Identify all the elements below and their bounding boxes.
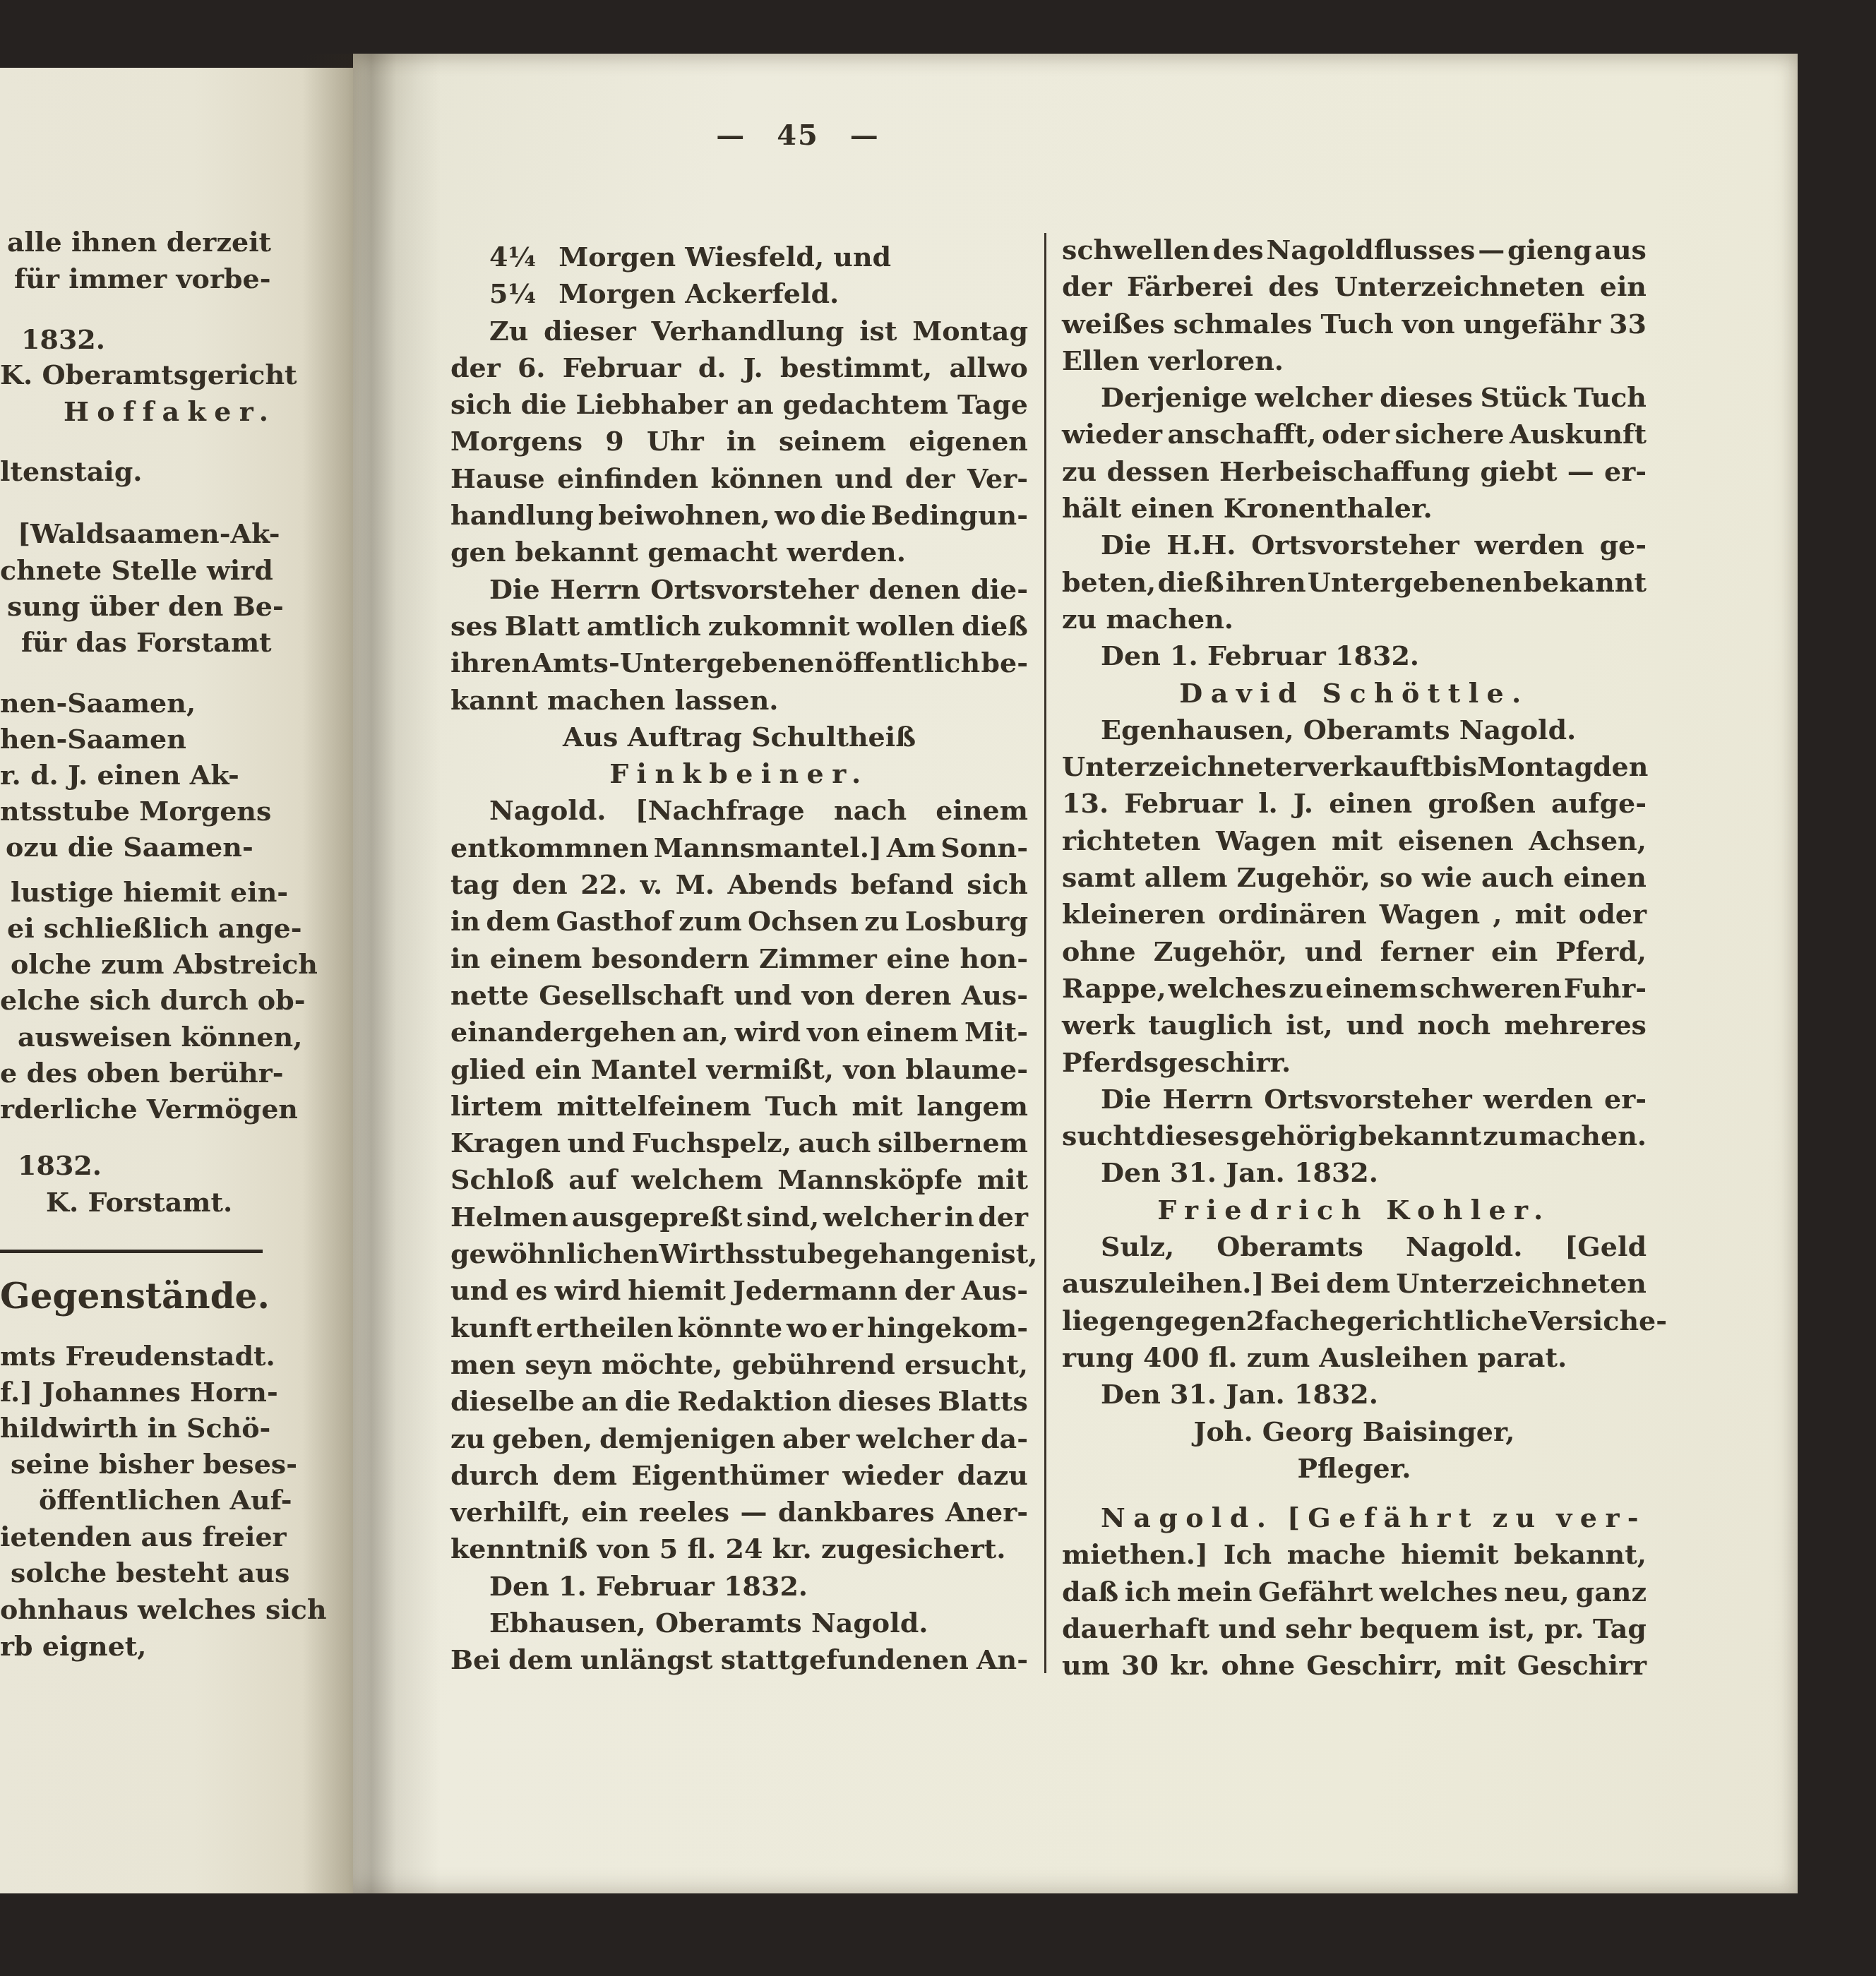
text-line: kleinerenordinärenWagen,mitoder xyxy=(1062,896,1647,933)
text-line: auszuleihen.]BeidemUnterzeichneten xyxy=(1062,1265,1647,1302)
text-line: indemGasthofzumOchsenzuLosburg xyxy=(450,903,1028,940)
text-line: zudessenHerbeischaffunggiebt—er- xyxy=(1062,453,1647,490)
text-line: richtetenWagenmiteisenenAchsen, xyxy=(1062,822,1647,859)
text-line: mts Freudenstadt. xyxy=(0,1340,275,1372)
text-line: Gegenstände. xyxy=(0,1275,270,1317)
text-line: rb eignet, xyxy=(0,1630,147,1662)
text-line: 1832. xyxy=(0,323,105,355)
text-line: gliedeinMantelvermißt,vonblaume- xyxy=(450,1051,1028,1088)
text-line: hält einen Kronenthaler. xyxy=(1062,490,1647,527)
text-line: chnete Stelle wird xyxy=(0,554,273,586)
main-page: — 45 — 4¼ Morgen Wiesfeld, und5¼ Morgen … xyxy=(353,54,1798,1893)
text-line: sung über den Be- xyxy=(0,590,284,622)
text-line: ntsstube Morgens xyxy=(0,795,271,827)
text-line: r. d. J. einen Ak- xyxy=(0,759,239,791)
text-line: dauerhaftundsehrbequemist,pr.Tag xyxy=(1062,1610,1647,1647)
text-line: Egenhausen, Oberamts Nagold. xyxy=(1062,712,1647,748)
text-line: HauseeinfindenkönnenundderVer- xyxy=(450,460,1028,497)
text-line: solche besteht aus xyxy=(0,1557,289,1588)
text-line: Finkbeiner. xyxy=(450,755,1028,792)
text-line: schwellendesNagoldflusses—giengaus xyxy=(1062,232,1647,268)
text-line: ausweisen können, xyxy=(0,1021,302,1053)
left-page-partial: alle ihnen derzeitfür immer vorbe-1832.K… xyxy=(0,68,353,1893)
text-line: alle ihnen derzeit xyxy=(0,226,271,258)
text-line: sichdieLiebhaberangedachtemTage xyxy=(450,386,1028,423)
text-line: Sulz,OberamtsNagold.[Geld xyxy=(1062,1228,1647,1265)
text-line: [Waldsaamen-Ak- xyxy=(0,517,280,549)
text-line: K. Oberamtsgericht xyxy=(0,359,297,390)
text-line: öffentlichen Auf- xyxy=(0,1484,292,1516)
text-line: ohnhaus welches sich xyxy=(0,1593,327,1625)
text-line: lirtemmittelfeinemTuchmitlangem xyxy=(450,1088,1028,1125)
text-line: DieHerrnOrtsvorsteherdenendie- xyxy=(450,571,1028,608)
text-line: ineinembesondernZimmereinehon- xyxy=(450,940,1028,977)
text-line: netteGesellschaftundvonderenAus- xyxy=(450,977,1028,1014)
text-line: für immer vorbe- xyxy=(0,263,270,294)
text-line: ozu die Saamen- xyxy=(0,831,253,863)
text-line: Hoffaker. xyxy=(0,395,276,427)
column-divider-rule xyxy=(1044,233,1046,1673)
text-line: kenntniß von 5 fl. 24 kr. zugesichert. xyxy=(450,1531,1028,1567)
text-line: Pfleger. xyxy=(1062,1450,1647,1487)
text-line: weißesschmalesTuchvonungefähr33 xyxy=(1062,306,1647,342)
text-line: hen-Saamen xyxy=(0,723,186,755)
text-line: sesBlattamtlichzukomnitwollendieß xyxy=(450,608,1028,645)
text-line: DerjenigewelcherdiesesStückTuch xyxy=(1062,379,1647,416)
text-line: zugeben,demjenigenaberwelcherda- xyxy=(450,1420,1028,1457)
text-line: K. Forstamt. xyxy=(0,1186,232,1218)
text-line: Ebhausen, Oberamts Nagold. xyxy=(450,1605,1028,1641)
text-line: 5¼ Morgen Ackerfeld. xyxy=(450,275,1028,312)
text-line: Joh. Georg Baisinger, xyxy=(1062,1413,1647,1450)
text-line: David Schöttle. xyxy=(1062,675,1647,712)
text-line: durchdemEigenthümerwiederdazu xyxy=(450,1457,1028,1494)
text-line: DieH.H.Ortsvorsteherwerdenge- xyxy=(1062,527,1647,563)
text-line: e des oben berühr- xyxy=(0,1057,284,1089)
text-line: seine bisher beses- xyxy=(0,1448,297,1480)
column-right-text: schwellendesNagoldflusses—giengausderFär… xyxy=(1062,232,1647,1684)
text-line: wiederanschafft,odersichereAuskunft xyxy=(1062,416,1647,453)
text-line: menseynmöchte,gebührendersucht, xyxy=(450,1346,1028,1383)
text-line: Pferdsgeschirr. xyxy=(1062,1044,1647,1081)
text-line: beten,dießihrenUntergebenenbekannt xyxy=(1062,564,1647,601)
text-line: kannt machen lassen. xyxy=(450,682,1028,719)
text-line: tagden22.v.M.Abendsbefandsich xyxy=(450,866,1028,903)
text-line: derFärbereidesUnterzeichnetenein xyxy=(1062,268,1647,305)
text-line: handlungbeiwohnen,wodieBedingun- xyxy=(450,497,1028,534)
text-line: 13.Februarl.J.einengroßenaufge- xyxy=(1062,785,1647,822)
text-line: werktauglichist,undnochmehreres xyxy=(1062,1007,1647,1043)
text-line: elche sich durch ob- xyxy=(0,984,306,1016)
text-line: 4¼ Morgen Wiesfeld, und xyxy=(450,239,1028,275)
text-line: Friedrich Kohler. xyxy=(1062,1192,1647,1228)
text-line: einandergehenan,wirdvoneinemMit- xyxy=(450,1014,1028,1050)
text-line: zu machen. xyxy=(1062,601,1647,637)
text-line: rderliche Vermögen xyxy=(0,1093,298,1125)
text-line: nen-Saamen, xyxy=(0,687,196,719)
text-line: samtallemZugehör,sowieaucheinen xyxy=(1062,859,1647,896)
text-line: rung 400 fl. zum Ausleihen parat. xyxy=(1062,1339,1647,1376)
text-line: 1832. xyxy=(0,1149,102,1181)
text-line: kunftertheilenkönntewoerhingekom- xyxy=(450,1310,1028,1346)
text-line: Nagold.[Nachfragenacheinem xyxy=(450,792,1028,829)
text-line: um30kr.ohneGeschirr,mitGeschirr xyxy=(1062,1647,1647,1684)
text-line: miethen.]Ichmachehiemitbekannt, xyxy=(1062,1536,1647,1573)
text-line: ZudieserVerhandlungistMontag xyxy=(450,313,1028,349)
column-left-text: 4¼ Morgen Wiesfeld, und5¼ Morgen Ackerfe… xyxy=(450,239,1028,1679)
text-line: liegengegen2fachegerichtlicheVersiche- xyxy=(1062,1303,1647,1339)
text-line: ohneZugehör,undfernereinPferd, xyxy=(1062,933,1647,970)
text-line: undeswirdhiemitJedermannderAus- xyxy=(450,1272,1028,1309)
text-line: Den 31. Jan. 1832. xyxy=(1062,1154,1647,1191)
text-line: BeidemunlängststattgefundenenAn- xyxy=(450,1641,1028,1678)
text-line: ietenden aus freier xyxy=(0,1521,287,1552)
text-line: Den 1. Februar 1832. xyxy=(450,1568,1028,1605)
text-line: ei schließlich ange- xyxy=(0,912,302,944)
text-line: für das Forstamt xyxy=(0,626,272,658)
text-line: Helmenausgepreßtsind,welcherinder xyxy=(450,1199,1028,1235)
text-line: Den 1. Februar 1832. xyxy=(1062,637,1647,674)
text-line: lustige hiemit ein- xyxy=(0,876,288,908)
text-line: f.] Johannes Horn- xyxy=(0,1376,278,1408)
photo-of-book-page: { "document": { "kind": "scanned histori… xyxy=(0,0,1876,1976)
section-rule xyxy=(0,1250,263,1253)
text-line: dieselbeandieRedaktiondiesesBlatts xyxy=(450,1383,1028,1420)
text-line: olche zum Abstreich xyxy=(0,948,318,980)
text-line: Rappe,welcheszueinemschwerenFuhr- xyxy=(1062,970,1647,1007)
text-line: ltenstaig. xyxy=(0,455,143,487)
text-line: gen bekannt gemacht werden. xyxy=(450,534,1028,570)
text-line: Nagold.[Gefährtzuver- xyxy=(1062,1499,1647,1536)
text-line: suchtdiesesgehörigbekanntzumachen. xyxy=(1062,1118,1647,1154)
text-line: verhilft,einreeles—dankbaresAner- xyxy=(450,1494,1028,1531)
text-line: ihrenAmts-Untergebenenöffentlichbe- xyxy=(450,645,1028,681)
text-line: DieHerrnOrtsvorsteherwerdener- xyxy=(1062,1081,1647,1118)
page-number-header: — 45 — xyxy=(650,119,946,152)
text-line: entkommnenMannsmantel.]AmSonn- xyxy=(450,830,1028,866)
text-line: Den 31. Jan. 1832. xyxy=(1062,1376,1647,1413)
text-line: Morgens9Uhrinseinemeigenen xyxy=(450,423,1028,460)
text-line: gewöhnlichenWirthsstubegehangenist, xyxy=(450,1235,1028,1272)
text-line: SchloßaufwelchemMannsköpfemit xyxy=(450,1161,1028,1198)
text-line: Ellen verloren. xyxy=(1062,342,1647,379)
text-line: Aus Auftrag Schultheiß xyxy=(450,719,1028,755)
text-line: der6.Februard.J.bestimmt,allwo xyxy=(450,349,1028,386)
text-line: KragenundFuchspelz,auchsilbernem xyxy=(450,1125,1028,1161)
text-line: daßichmeinGefährtwelchesneu,ganz xyxy=(1062,1574,1647,1610)
text-line: UnterzeichneterverkauftbisMontagden xyxy=(1062,748,1647,785)
text-line: hildwirth in Schö- xyxy=(0,1412,270,1444)
